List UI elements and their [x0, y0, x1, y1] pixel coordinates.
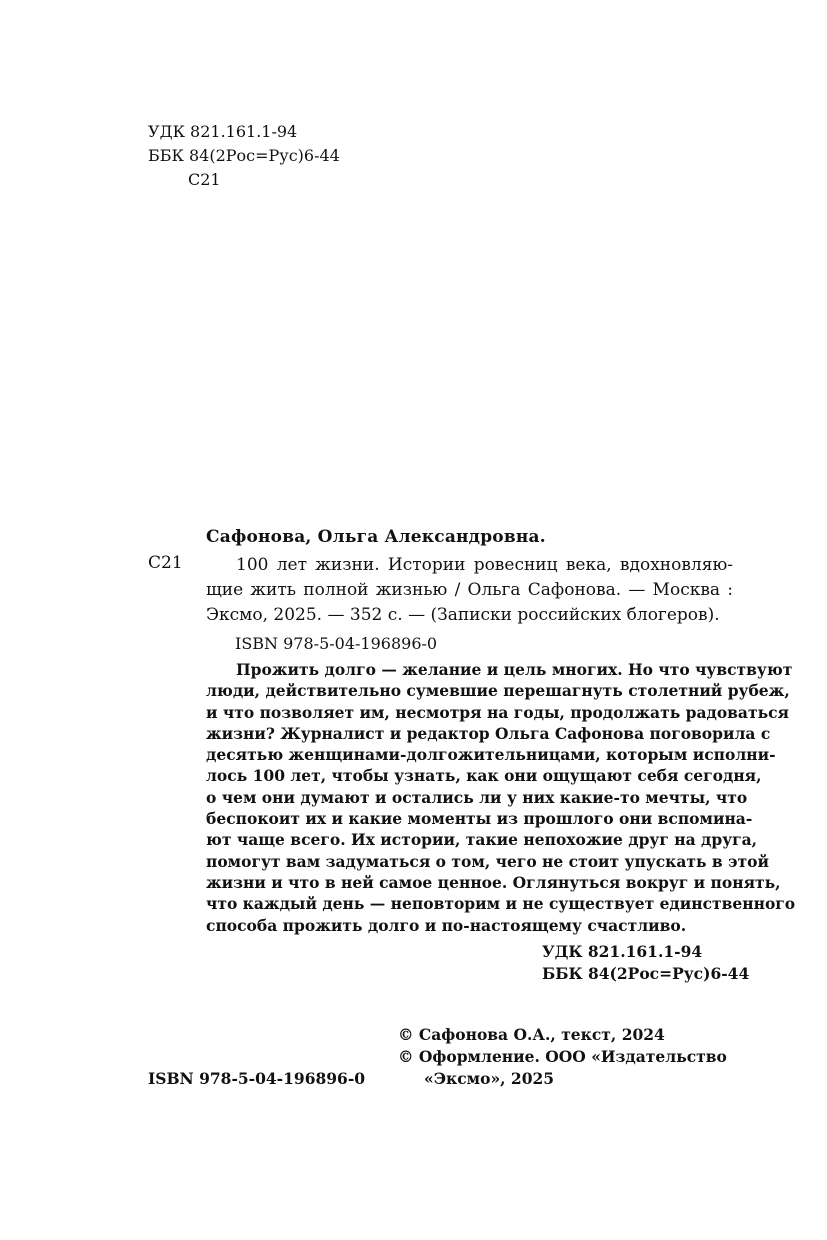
annotation-line: лось 100 лет, чтобы узнать, как они ощущ… — [206, 765, 733, 786]
copyright-design: © Оформление. ООО «Издательство — [398, 1046, 727, 1068]
annotation-line: и что позволяет им, несмотря на годы, пр… — [206, 702, 733, 723]
annotation-line: жизни? Журналист и редактор Ольга Сафоно… — [206, 723, 733, 744]
biblio-line: 100 лет жизни. Истории ровесниц века, вд… — [206, 553, 733, 578]
isbn-record: ISBN 978-5-04-196896-0 — [235, 634, 437, 653]
classification-codes-top: УДК 821.161.1-94 ББК 84(2Рос=Рус)6-44 С2… — [148, 120, 340, 192]
classification-codes-bottom: УДК 821.161.1-94 ББК 84(2Рос=Рус)6-44 — [542, 941, 749, 985]
annotation-line: жизни и что в ней самое ценное. Оглянуть… — [206, 872, 733, 893]
annotation-line: люди, действительно сумевшие перешагнуть… — [206, 680, 733, 701]
copyright-text: © Сафонова О.А., текст, 2024 — [398, 1024, 727, 1046]
bbk-code-bottom: ББК 84(2Рос=Рус)6-44 — [542, 963, 749, 985]
annotation-line: способа прожить долго и по-настоящему сч… — [206, 915, 733, 936]
bbk-code: ББК 84(2Рос=Рус)6-44 — [148, 144, 340, 168]
annotation-line: беспокоит их и какие моменты из прошлого… — [206, 808, 733, 829]
copyright-design-continued: «Эксмо», 2025 — [398, 1068, 727, 1090]
annotation-line: Прожить долго — желание и цель многих. Н… — [206, 659, 733, 680]
author-sign: С21 — [148, 168, 340, 192]
isbn-footer: ISBN 978-5-04-196896-0 — [148, 1069, 365, 1088]
biblio-line: Эксмо, 2025. — 352 с. — (Записки российс… — [206, 603, 733, 628]
copyright-block: © Сафонова О.А., текст, 2024 © Оформлени… — [398, 1024, 727, 1090]
biblio-line: щие жить полной жизнью / Ольга Сафонова.… — [206, 578, 733, 603]
udk-code-bottom: УДК 821.161.1-94 — [542, 941, 749, 963]
annotation-line: о чем они думают и остались ли у них как… — [206, 787, 733, 808]
bibliographic-description: 100 лет жизни. Истории ровесниц века, вд… — [206, 553, 733, 628]
annotation-line: ют чаще всего. Их истории, такие непохож… — [206, 829, 733, 850]
annotation-line: десятью женщинами-долгожительницами, кот… — [206, 744, 733, 765]
annotation-line: помогут вам задуматься о том, чего не ст… — [206, 851, 733, 872]
annotation: Прожить долго — желание и цель многих. Н… — [206, 659, 733, 936]
udk-code: УДК 821.161.1-94 — [148, 120, 340, 144]
annotation-line: что каждый день — неповторим и не сущест… — [206, 893, 733, 914]
author-sign-record: С21 — [148, 553, 183, 573]
author-heading: Сафонова, Ольга Александровна. — [206, 527, 546, 547]
